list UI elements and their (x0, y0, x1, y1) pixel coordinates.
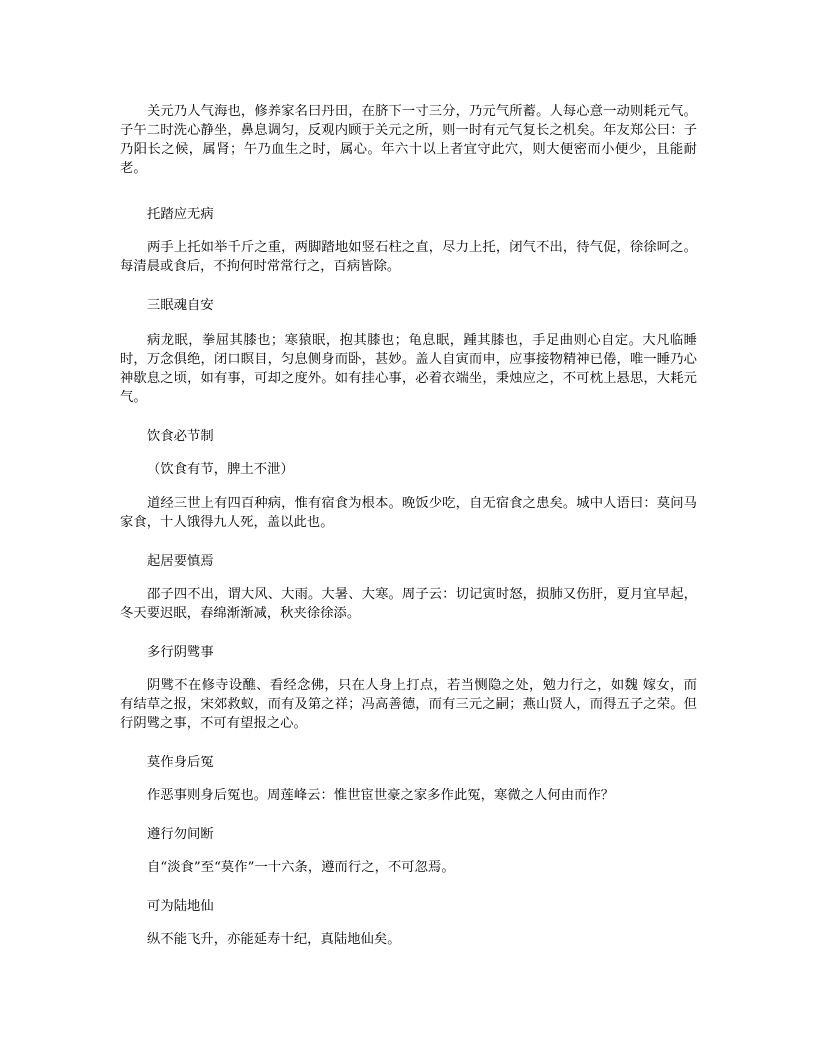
paragraph-yinshi: 道经三世上有四百种病，惟有宿食为根本。晚饭少吃，自无宿食之患矣。城中人语曰：莫问… (120, 494, 697, 532)
note-yinshi: （饮食有节，脾土不泄） (120, 460, 697, 479)
section-heading-zunxing: 遵行勿间断 (120, 825, 697, 844)
paragraph-shenhouyuan: 作恶事则身后冤也。周莲峰云：惟世宦世豪之家多作此冤，寒微之人何由而作？ (120, 786, 697, 805)
paragraph-tuota: 两手上托如举千斤之重，两脚踏地如竖石柱之直，尽力上托，闭气不出，待气促，徐徐呵之… (120, 238, 697, 276)
paragraph-ludixian: 纵不能飞升，亦能延寿十纪，真陆地仙矣。 (120, 930, 697, 949)
paragraph-qiju: 邵子四不出，谓大风、大雨。大暑、大寒。周子云：切记寅时怒，损肺又伤肝，夏月宜早起… (120, 585, 697, 623)
paragraph-guanyuan: 关元乃人气海也，修养家名曰丹田，在脐下一寸三分，乃元气所蓄。人每心意一动则耗元气… (120, 102, 697, 178)
paragraph-sanmian: 病龙眠，拳屈其膝也；寒猿眠，抱其膝也；龟息眠，踵其膝也，手足曲则心自定。大凡临睡… (120, 331, 697, 407)
document-page: 关元乃人气海也，修养家名曰丹田，在脐下一寸三分，乃元气所蓄。人每心意一动则耗元气… (0, 0, 816, 1056)
paragraph-yinzhi: 阴骘不在修寺设醮、看经念佛，只在人身上打点，若当恻隐之处，勉力行之，如魏 嫁女，… (120, 676, 697, 733)
section-heading-yinshi: 饮食必节制 (120, 427, 697, 446)
section-heading-ludixian: 可为陆地仙 (120, 897, 697, 916)
section-heading-qiju: 起居要慎焉 (120, 552, 697, 571)
section-heading-yinzhi: 多行阴骘事 (120, 643, 697, 662)
section-heading-sanmian: 三眠魂自安 (120, 296, 697, 315)
paragraph-zunxing: 自“淡食”至“莫作”一十六条，遵而行之，不可忽焉。 (120, 858, 697, 877)
section-heading-shenhouyuan: 莫作身后冤 (120, 753, 697, 772)
section-heading-tuota: 托踏应无病 (120, 205, 697, 224)
